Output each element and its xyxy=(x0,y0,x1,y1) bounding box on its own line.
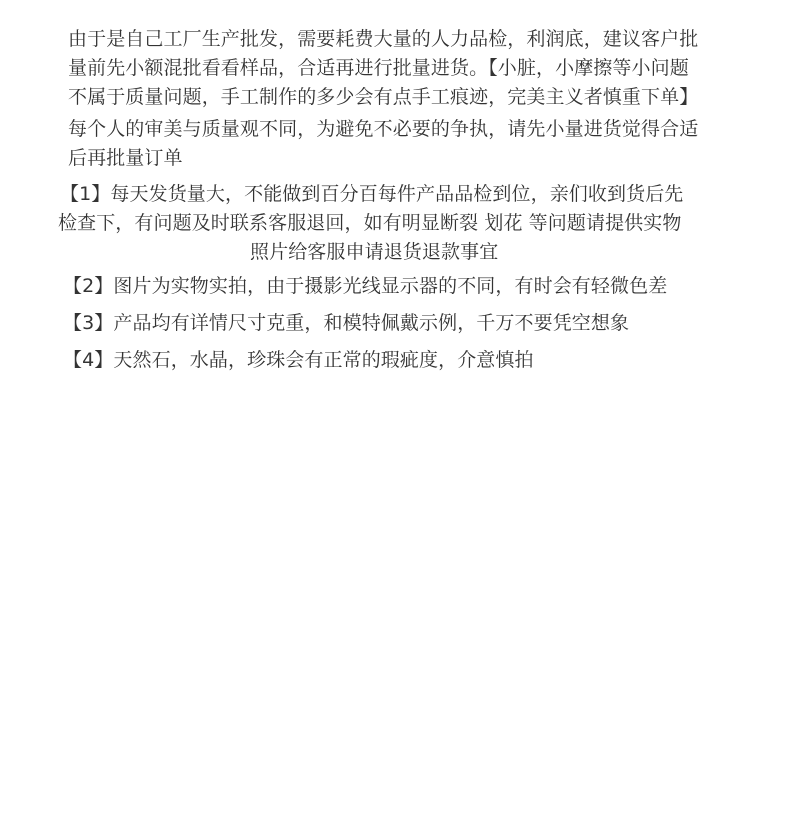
note-line: 【1】每天发货量大，不能做到百分百每件产品品检到位，亲们收到货后先 xyxy=(60,182,683,206)
intro-line: 每个人的审美与质量观不同，为避免不必要的争执，请先小量进货觉得合适 xyxy=(68,117,698,141)
intro-line: 不属于质量问题，手工制作的多少会有点手工痕迹，完美主义者慎重下单】 xyxy=(68,85,698,109)
intro-line: 量前先小额混批看看样品，合适再进行批量进货。【小脏，小摩擦等小问题 xyxy=(68,56,689,80)
note-item-3: 【3】产品均有详情尺寸克重，和模特佩戴示例，千万不要凭空想象 xyxy=(63,311,629,335)
note-line: 照片给客服申请退货退款事宜 xyxy=(250,240,498,264)
note-item-2: 【2】图片为实物实拍，由于摄影光线显示器的不同，有时会有轻微色差 xyxy=(63,274,667,298)
intro-line: 后再批量订单 xyxy=(68,146,183,170)
note-line: 检查下，有问题及时联系客服退回，如有明显断裂 划花 等问题请提供实物 xyxy=(58,211,681,235)
note-item-4: 【4】天然石，水晶，珍珠会有正常的瑕疵度，介意慎拍 xyxy=(63,348,534,372)
intro-line: 由于是自己工厂生产批发，需要耗费大量的人力品检，利润底，建议客户批 xyxy=(68,27,698,51)
